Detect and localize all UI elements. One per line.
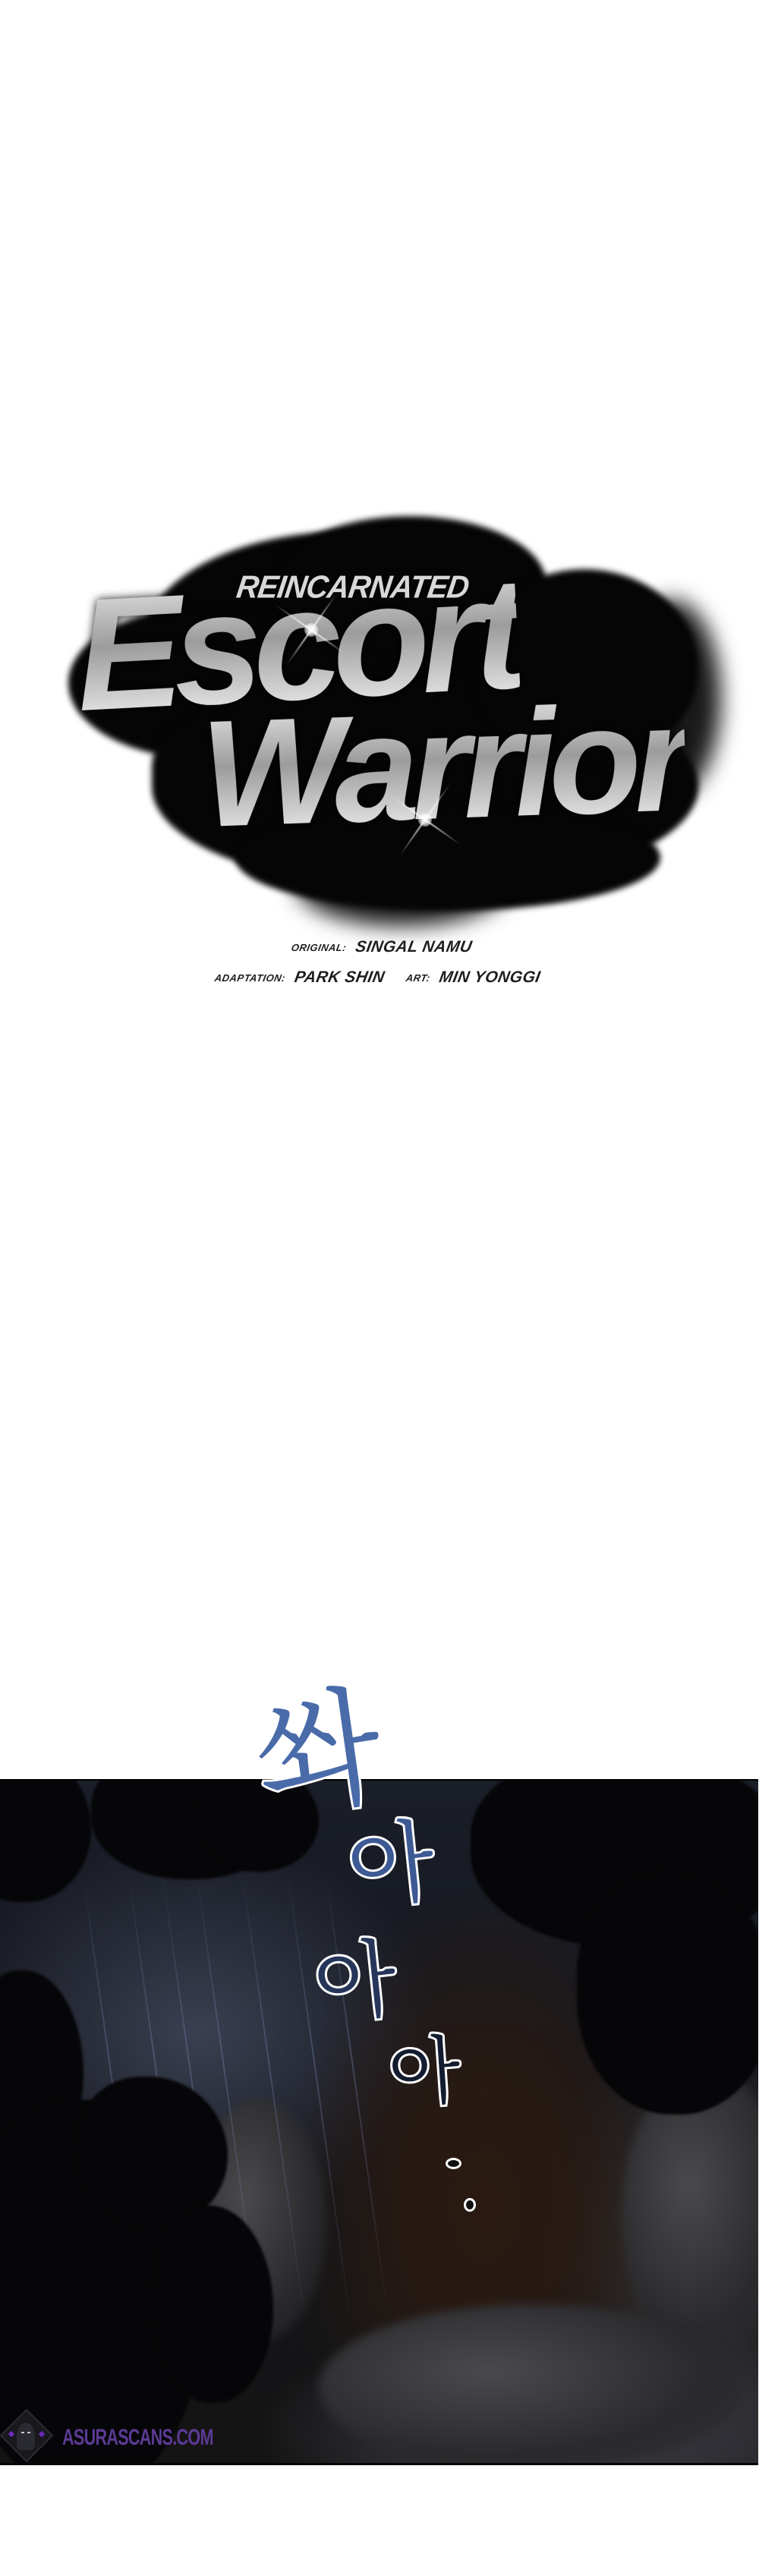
hooded-figure-icon [17,2423,35,2450]
watermark-text: ASURASCANS.COM [62,2425,213,2451]
sfx-glyph: 아 [310,1936,400,2030]
rock [319,2304,744,2465]
series-title-logo: REINCARNATED Escort Warrior [46,486,713,926]
credit-adaptation: ADAPTATION:PARK SHIN [213,968,386,987]
credit-value: MIN YONGGI [438,968,542,986]
sfx-dot [464,2198,476,2212]
comic-page: REINCARNATED Escort Warrior ORIGINAL:SIN… [0,0,759,2576]
eye-icon [27,2432,30,2433]
sfx-glyph: 아 [343,1815,439,1913]
credit-value: PARK SHIN [293,968,386,986]
sfx-glyph: 쏴 [248,1681,389,1826]
credit-label: ORIGINAL: [291,942,348,953]
sfx-glyph: 아 [386,2033,463,2112]
watermark: ASURASCANS.COM [0,2411,228,2464]
credit-label: ART: [405,972,432,984]
credit-value: SINGAL NAMU [354,938,473,956]
eye-icon [21,2432,24,2433]
credit-label: ADAPTATION: [214,972,287,984]
credit-original: ORIGINAL:SINGAL NAMU [290,938,474,956]
sfx-dot [446,2158,461,2169]
tree-foliage [577,1872,758,2115]
title-line-2: Warrior [199,682,688,851]
credit-art: ART:MIN YONGGI [405,968,542,987]
credits: ORIGINAL:SINGAL NAMU ADAPTATION:PARK SHI… [0,935,759,1003]
